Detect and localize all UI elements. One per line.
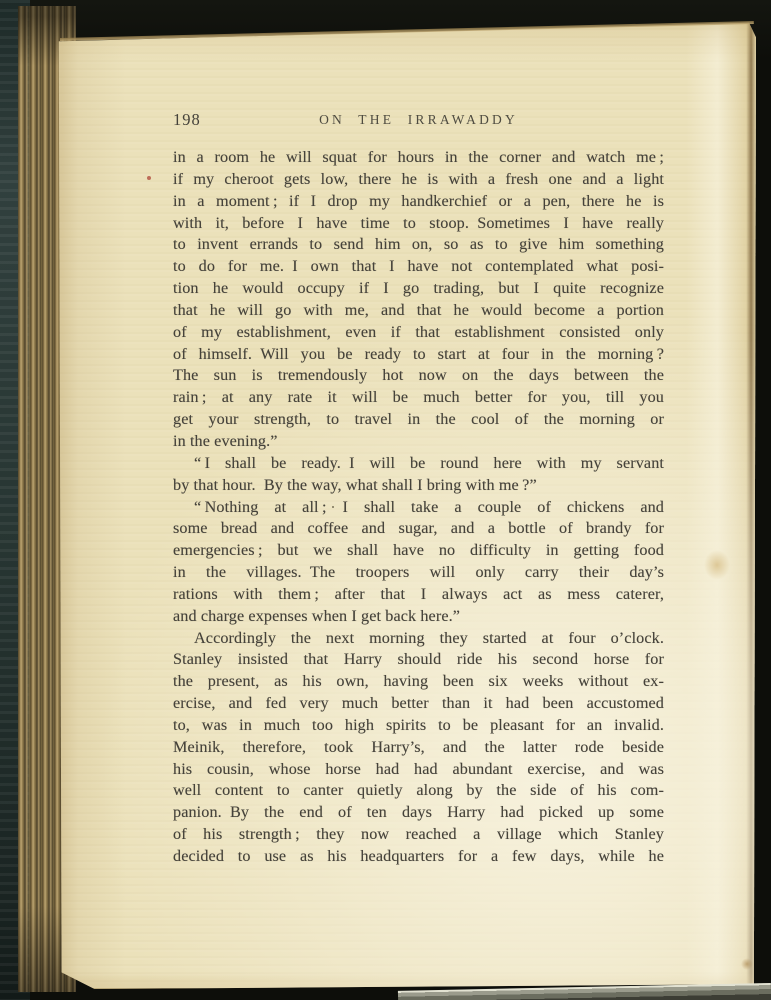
- text-line: of my establishment, even if that establ…: [173, 322, 664, 344]
- page-stain: [332, 506, 334, 508]
- text-line: in a room he will squat for hours in the…: [173, 147, 664, 169]
- paragraph: “ Nothing at all ; I shall take a couple…: [173, 497, 664, 628]
- paragraph: Accordingly the next morning they starte…: [173, 628, 664, 868]
- page-stain: [704, 550, 730, 580]
- text-line: “ Nothing at all ; I shall take a couple…: [173, 497, 664, 519]
- text-line: Meinik, therefore, took Harry’s, and the…: [173, 737, 664, 759]
- text-line: in the villages. The troopers will only …: [173, 562, 664, 584]
- text-line: Stanley insisted that Harry should ride …: [173, 649, 664, 671]
- book-photo: 198 ON THE IRRAWADDY in a room he will s…: [0, 0, 771, 1000]
- text-line: that he will go with me, and that he wou…: [173, 300, 664, 322]
- paragraph: “ I shall be ready. I will be round here…: [173, 453, 664, 497]
- text-line: “ I shall be ready. I will be round here…: [173, 453, 664, 475]
- text-line: in the evening.”: [173, 431, 664, 453]
- text-line: rations with them ; after that I always …: [173, 584, 664, 606]
- body-text: in a room he will squat for hours in the…: [173, 147, 664, 868]
- text-line: well content to canter quietly along by …: [173, 780, 664, 802]
- text-line: to invent errands to send him on, so as …: [173, 234, 664, 256]
- page-stain: [147, 176, 151, 180]
- text-line: get your strength, to travel in the cool…: [173, 409, 664, 431]
- text-line: ercise, and fed very much better than it…: [173, 693, 664, 715]
- text-line: the present, as his own, having been six…: [173, 671, 664, 693]
- text-line: by that hour. By the way, what shall I b…: [173, 475, 664, 497]
- text-line: Accordingly the next morning they starte…: [173, 628, 664, 650]
- text-line: his cousin, whose horse had had abundant…: [173, 759, 664, 781]
- page-header: 198 ON THE IRRAWADDY: [173, 110, 664, 132]
- text-line: emergencies ; but we shall have no diffi…: [173, 540, 664, 562]
- running-header: ON THE IRRAWADDY: [173, 112, 664, 128]
- text-line: some bread and coffee and sugar, and a b…: [173, 518, 664, 540]
- text-line: rain ; at any rate it will be much bette…: [173, 387, 664, 409]
- text-line: to do for me. I own that I have not cont…: [173, 256, 664, 278]
- text-line: if my cheroot gets low, there he is with…: [173, 169, 664, 191]
- text-line: of his strength ; they now reached a vil…: [173, 824, 664, 846]
- text-line: to, was in much too high spirits to be p…: [173, 715, 664, 737]
- text-line: with it, before I have time to stoop. So…: [173, 213, 664, 235]
- text-line: and charge expenses when I get back here…: [173, 606, 664, 628]
- text-line: in a moment ; if I drop my handkerchief …: [173, 191, 664, 213]
- text-line: of himself. Will you be ready to start a…: [173, 344, 664, 366]
- text-line: tion he would occupy if I go trading, bu…: [173, 278, 664, 300]
- text-line: The sun is tremendously hot now on the d…: [173, 365, 664, 387]
- text-line: panion. By the end of ten days Harry had…: [173, 802, 664, 824]
- page-stain: [741, 958, 753, 970]
- text-line: decided to use as his headquarters for a…: [173, 846, 664, 868]
- paragraph: in a room he will squat for hours in the…: [173, 147, 664, 453]
